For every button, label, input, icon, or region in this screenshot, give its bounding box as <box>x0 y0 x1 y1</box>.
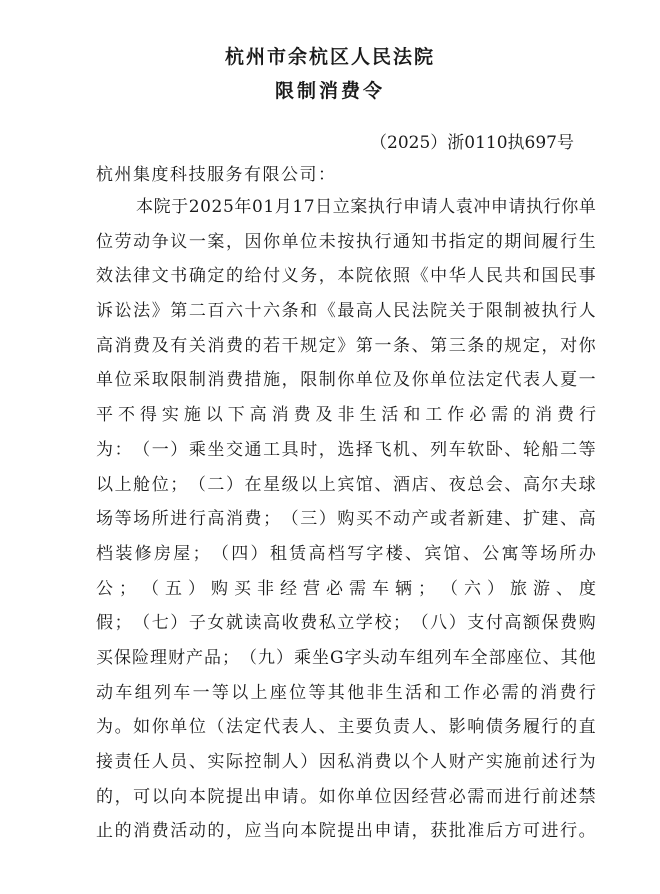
body-line: 以上舱位；（二）在星级以上宾馆、酒店、夜总会、高尔夫球 <box>96 468 596 503</box>
body-line: 动车组列车一等以上座位等其他非生活和工作必需的消费行 <box>96 676 596 711</box>
body-line: 本院于2025年01月17日立案执行申请人袁冲申请执行你单 <box>96 190 596 225</box>
body-line: 诉讼法》第二百六十六条和《最高人民法院关于限制被执行人 <box>96 294 596 329</box>
body-line: 假；（七）子女就读高收费私立学校；（八）支付高额保费购 <box>96 606 596 641</box>
body-line: 档装修房屋；（四）租赁高档写字楼、宾馆、公寓等场所办 <box>96 537 596 572</box>
body-line: 位劳动争议一案，因你单位未按执行通知书指定的期间履行生 <box>96 225 596 260</box>
body-line: 接责任人员、实际控制人）因私消费以个人财产实施前述行为 <box>96 745 596 780</box>
body-line: 单位采取限制消费措施，限制你单位及你单位法定代表人夏一 <box>96 363 596 398</box>
body-line: 为。如你单位（法定代表人、主要负责人、影响债务履行的直 <box>96 710 596 745</box>
court-name: 杭州市余杭区人民法院 <box>0 42 660 69</box>
body-line: 场等场所进行高消费；（三）购买不动产或者新建、扩建、高 <box>96 502 596 537</box>
body-line: 平不得实施以下高消费及非生活和工作必需的消费行 <box>96 398 596 433</box>
body-line: 高消费及有关消费的若干规定》第一条、第三条的规定，对你 <box>96 329 596 364</box>
body-line: 公；（五）购买非经营必需车辆；（六）旅游、度 <box>96 572 596 607</box>
body-line: 的，可以向本院提出申请。如你单位因经营必需而进行前述禁 <box>96 780 596 815</box>
document-type-title: 限制消费令 <box>0 76 660 103</box>
addressee: 杭州集度科技服务有限公司： <box>96 160 337 185</box>
body-line: 买保险理财产品；（九）乘坐G字头动车组列车全部座位、其他 <box>96 641 596 676</box>
document-body: 本院于2025年01月17日立案执行申请人袁冲申请执行你单 位劳动争议一案，因你… <box>96 190 596 849</box>
body-line: 效法律文书确定的给付义务，本院依照《中华人民共和国民事 <box>96 259 596 294</box>
case-number: （2025）浙0110执697号 <box>370 128 574 153</box>
body-line: 止的消费活动的，应当向本院提出申请，获批准后方可进行。 <box>96 814 596 849</box>
body-line: 为：（一）乘坐交通工具时，选择飞机、列车软卧、轮船二等 <box>96 433 596 468</box>
